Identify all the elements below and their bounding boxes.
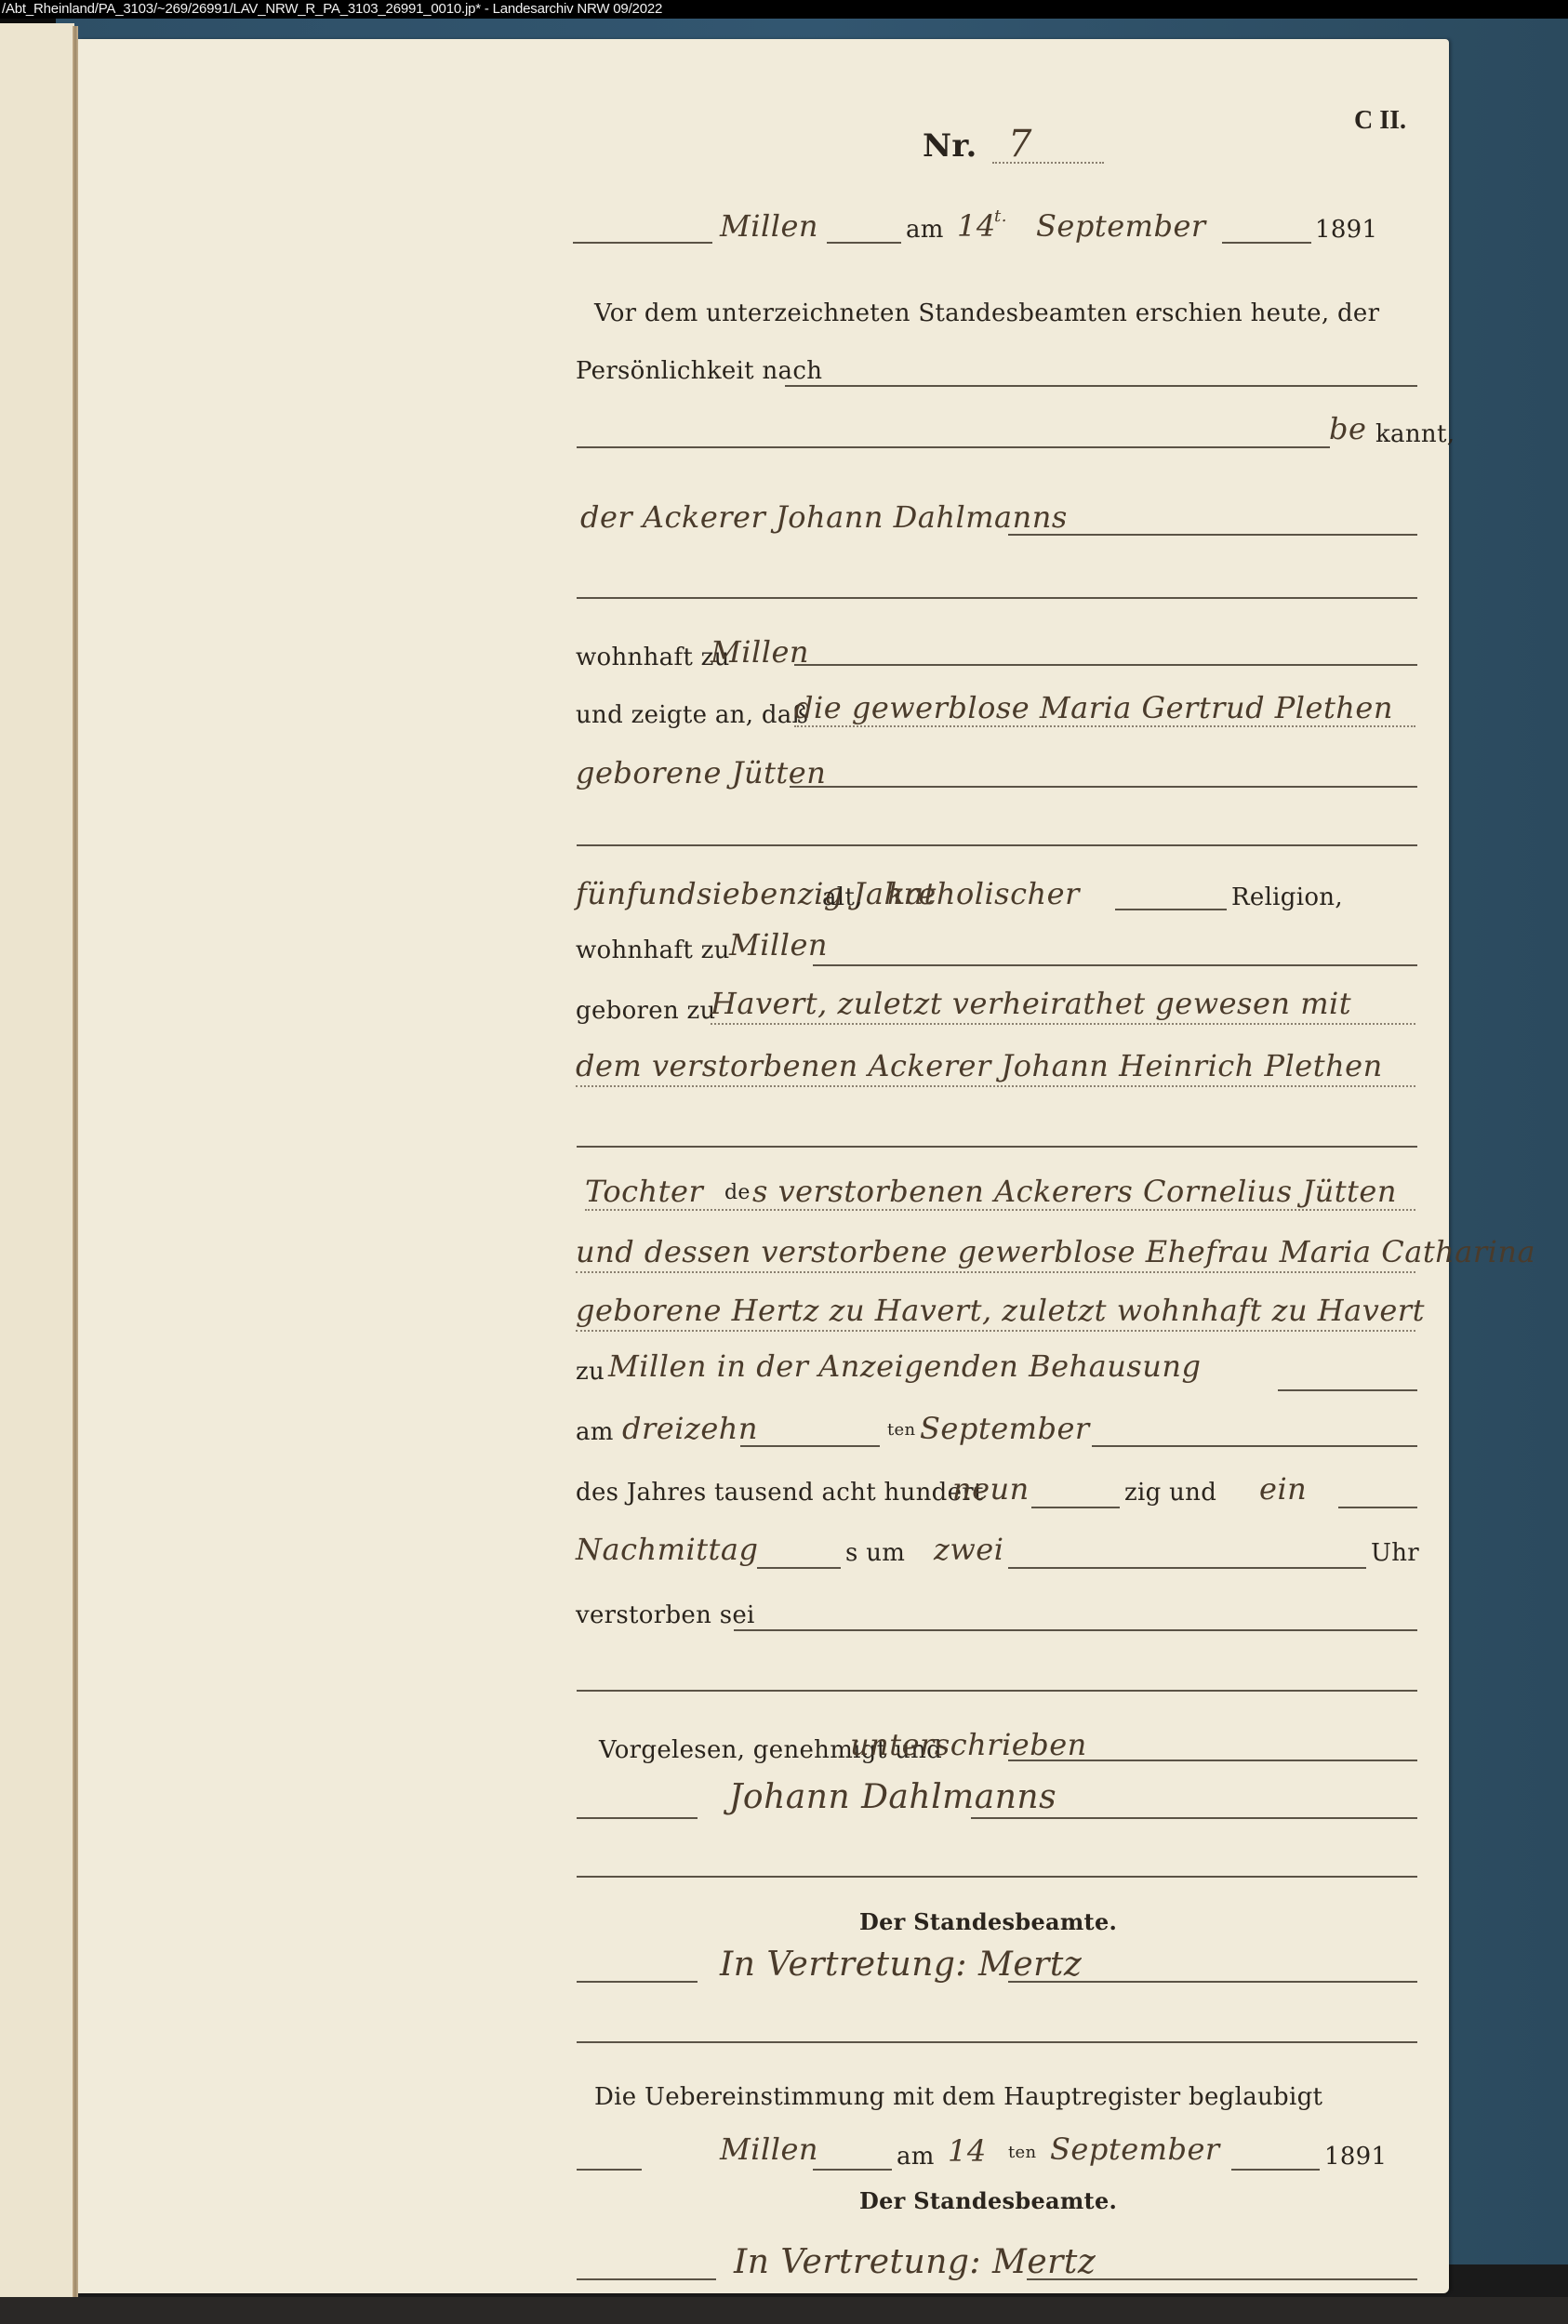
death-month: September — [920, 1411, 1090, 1446]
rule — [1008, 1760, 1417, 1761]
rule — [1008, 1981, 1417, 1983]
deceased-residence: Millen — [729, 927, 828, 963]
parents-line3: geborene Hertz zu Havert, zuletzt wohnha… — [576, 1293, 1425, 1328]
official-heading: Der Standesbeamte. — [859, 1908, 1117, 1935]
rule — [1115, 909, 1227, 910]
window-title: /Abt_Rheinland/PA_3103/~269/26991/LAV_NR… — [0, 0, 1568, 19]
rule — [740, 1445, 880, 1447]
religion-label: Religion, — [1231, 883, 1343, 911]
intro-line: Vor dem unterzeichneten Standesbeamten e… — [594, 299, 1379, 327]
read-value: unterschrieben — [850, 1727, 1087, 1762]
death-year-tens: neun — [952, 1471, 1030, 1507]
religion: katholischer — [887, 876, 1080, 911]
time-s: s um — [845, 1539, 905, 1567]
dots — [576, 1271, 1415, 1273]
deceased-line1: die gewerblose Maria Gertrud Plethen — [794, 690, 1393, 725]
year: 1891 — [1315, 216, 1377, 244]
certification-line: Die Uebereinstimmung mit dem Hauptregist… — [594, 2083, 1322, 2111]
parents-line1-a: Tochter — [585, 1174, 703, 1209]
death-day: dreizehn — [622, 1411, 758, 1446]
cert-am: am — [897, 2143, 935, 2171]
rule — [577, 597, 1417, 599]
rule — [813, 964, 1417, 966]
birth-line2: dem verstorbenen Ackerer Johann Heinrich… — [576, 1048, 1383, 1083]
rule — [813, 2169, 892, 2171]
official-signature: In Vertretung: Mertz — [720, 1946, 1082, 1984]
deceased-residence-label: wohnhaft zu — [576, 936, 730, 964]
place-of-death: Millen in der Anzeigenden Behausung — [608, 1348, 1201, 1384]
place-of-death-label: zu — [576, 1358, 605, 1386]
rule — [1222, 242, 1311, 244]
rule — [827, 242, 901, 244]
declarant: der Ackerer Johann Dahlmanns — [580, 499, 1068, 535]
hour-label: Uhr — [1371, 1539, 1419, 1567]
background-surface — [0, 2297, 1568, 2324]
deceased-line2: geborene Jütten — [576, 755, 826, 790]
rule — [577, 446, 1330, 448]
rule — [1231, 2169, 1320, 2171]
number-label: Nr. — [923, 127, 977, 165]
cert-official-heading: Der Standesbeamte. — [859, 2187, 1117, 2214]
rule — [1338, 1507, 1417, 1508]
rule — [1008, 534, 1417, 536]
cert-day: 14 — [948, 2133, 987, 2169]
dots — [576, 1085, 1415, 1087]
rule — [577, 1981, 698, 1983]
rule — [1031, 1507, 1120, 1508]
cert-day-suffix: ten — [1008, 2143, 1036, 2162]
rule — [790, 786, 1417, 788]
dots — [794, 725, 1415, 727]
dots — [585, 1209, 1415, 1211]
left-page — [0, 23, 74, 2297]
cert-official-signature: In Vertretung: Mertz — [734, 2243, 1096, 2281]
parents-line1-b: de — [724, 1181, 751, 1204]
cert-month: September — [1050, 2131, 1220, 2167]
age-label: alt, — [822, 883, 863, 911]
rule — [757, 1567, 841, 1569]
declarant-signature: Johann Dahlmanns — [729, 1778, 1056, 1816]
known-label: kannt, — [1375, 420, 1455, 448]
day-suffix: t. — [994, 206, 1007, 226]
birth-line1: Havert, zuletzt verheirathet gewesen mit — [711, 986, 1351, 1021]
death-year-zig: zig und — [1124, 1479, 1216, 1507]
date-am: am — [906, 216, 944, 244]
rule — [577, 1146, 1417, 1148]
time-of-day: Nachmittag — [576, 1532, 758, 1567]
rule — [577, 1876, 1417, 1878]
rule — [971, 1817, 1417, 1819]
death-year-ones: ein — [1259, 1471, 1307, 1507]
rule — [1008, 1567, 1366, 1569]
cert-year: 1891 — [1324, 2143, 1387, 2171]
rule — [577, 1817, 698, 1819]
rule — [577, 1690, 1417, 1692]
personality-label: Persönlichkeit nach — [576, 357, 822, 385]
cert-place: Millen — [720, 2131, 818, 2167]
age: fünfundsiebenzig Jahre — [576, 876, 937, 911]
rule — [1027, 2278, 1417, 2280]
hour: zwei — [934, 1532, 1003, 1567]
dots — [576, 1330, 1415, 1332]
parents-line2: und dessen verstorbene gewerblose Ehefra… — [576, 1234, 1535, 1269]
rule — [577, 2169, 642, 2171]
rule — [573, 242, 712, 244]
residence-label: wohnhaft zu — [576, 644, 730, 671]
month: September — [1036, 208, 1206, 244]
rule — [734, 1629, 1417, 1631]
rule — [1278, 1389, 1417, 1391]
register-page: C II. Nr. 7 Millen am 14 t. September 18… — [78, 39, 1449, 2293]
rule — [1092, 1445, 1417, 1447]
born-label: geboren zu — [576, 997, 716, 1025]
parents-line1-c: s verstorbenen Ackerers Cornelius Jütten — [752, 1174, 1397, 1209]
dots — [711, 1023, 1415, 1025]
reported-label: und zeigte an, daß — [576, 701, 808, 729]
rule — [577, 2041, 1417, 2043]
died-label: verstorben sei — [576, 1601, 755, 1629]
rule — [794, 664, 1417, 666]
rule — [785, 385, 1417, 387]
place: Millen — [720, 208, 818, 244]
day: 14 — [957, 208, 996, 244]
series-mark: C II. — [1354, 106, 1406, 136]
known-prefix: be — [1329, 411, 1366, 446]
record-number: 7 — [1008, 123, 1032, 166]
death-day-suffix: ten — [887, 1420, 915, 1440]
rule — [577, 2278, 716, 2280]
death-year-label: des Jahres tausend acht hundert — [576, 1479, 984, 1507]
death-day-label: am — [576, 1418, 614, 1446]
rule — [577, 844, 1417, 846]
